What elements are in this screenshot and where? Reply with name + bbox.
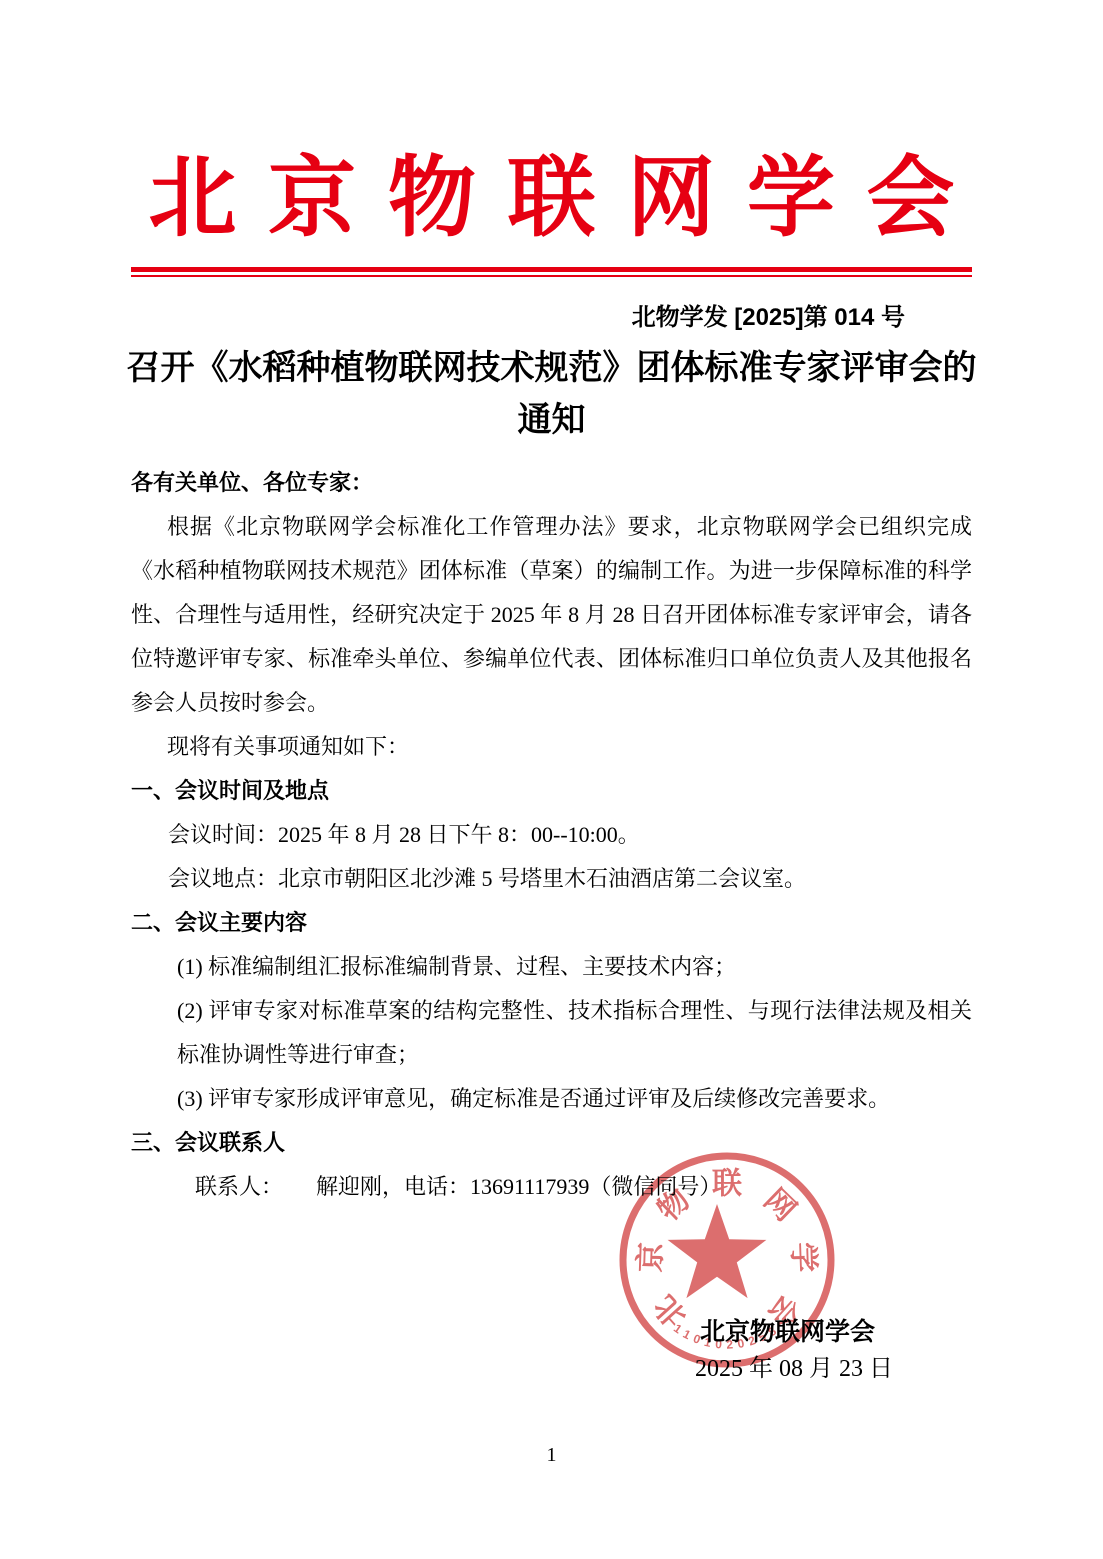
- agenda-item-3: (3) 评审专家形成评审意见，确定标准是否通过评审及后续修改完善要求。: [131, 1077, 972, 1121]
- letterhead-divider: [131, 267, 972, 277]
- notice-lead: 现将有关事项通知如下：: [131, 725, 972, 769]
- document-title-line1: 召开《水稻种植物联网技术规范》团体标准专家评审会的: [0, 343, 1103, 395]
- section-3-heading: 三、会议联系人: [131, 1121, 972, 1165]
- notice-document-page: 北京物联网学会 北物学发 [2025]第 014 号 召开《水稻种植物联网技术规…: [0, 0, 1103, 1559]
- signature-org: 北京物联网学会: [700, 1312, 875, 1348]
- intro-paragraph: 根据《北京物联网学会标准化工作管理办法》要求，北京物联网学会已组织完成《水稻种植…: [131, 505, 972, 725]
- divider-thick-line: [131, 267, 972, 272]
- section-1-heading: 一、会议时间及地点: [131, 769, 972, 813]
- svg-text:京: 京: [633, 1242, 668, 1273]
- document-number: 北物学发 [2025]第 014 号: [0, 303, 1103, 333]
- agenda-item-2: (2) 评审专家对标准草案的结构完整性、技术指标合理性、与现行法律法规及相关标准…: [131, 989, 972, 1077]
- meeting-location-line: 会议地点：北京市朝阳区北沙滩 5 号塔里木石油酒店第二会议室。: [131, 857, 972, 901]
- document-title: 召开《水稻种植物联网技术规范》团体标准专家评审会的 通知: [0, 343, 1103, 447]
- document-title-line2: 通知: [0, 395, 1103, 447]
- contact-line: 联系人： 解迎刚，电话：13691117939（微信同号）: [131, 1165, 972, 1209]
- svg-text:北: 北: [648, 1289, 693, 1333]
- letterhead-org-name: 北京物联网学会: [117, 150, 986, 247]
- divider-thin-line: [131, 275, 972, 277]
- salutation: 各有关单位、各位专家：: [131, 461, 972, 505]
- svg-text:学: 学: [786, 1242, 820, 1273]
- signature-date: 2025 年 08 月 23 日: [695, 1348, 893, 1383]
- page-number: 1: [0, 1444, 1103, 1467]
- letterhead: 北京物联网学会: [0, 0, 1103, 247]
- document-body: 各有关单位、各位专家： 根据《北京物联网学会标准化工作管理办法》要求，北京物联网…: [0, 461, 1103, 1209]
- meeting-time-line: 会议时间：2025 年 8 月 28 日下午 8：00--10:00。: [131, 813, 972, 857]
- agenda-item-1: (1) 标准编制组汇报标准编制背景、过程、主要技术内容；: [131, 945, 972, 989]
- seal-star-icon: [668, 1204, 767, 1298]
- section-2-heading: 二、会议主要内容: [131, 901, 972, 945]
